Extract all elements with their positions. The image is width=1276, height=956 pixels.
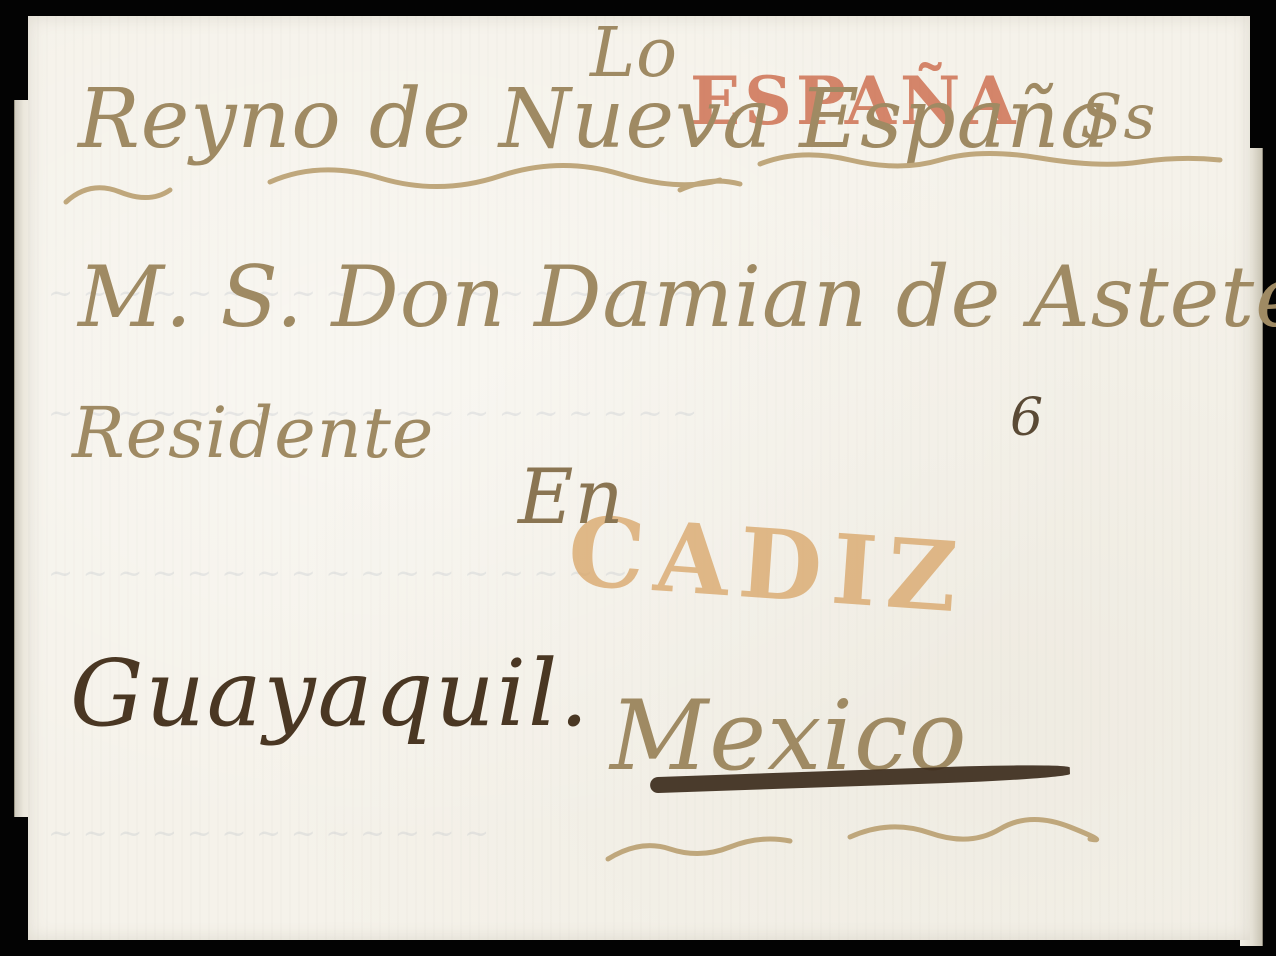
manuscript-line-3: Residente bbox=[72, 392, 434, 474]
residente-text: Residente bbox=[72, 392, 434, 474]
rate-mark-text: 6 bbox=[1010, 388, 1044, 448]
manuscript-overwrite: Lo bbox=[590, 14, 678, 93]
flourish-underline-1 bbox=[60, 150, 1240, 220]
en-text: En bbox=[518, 452, 624, 541]
photograph: ~ ~ ~ ~ ~ ~ ~ ~ ~ ~ ~ ~ ~ ~ ~ ~ ~ ~ ~ ~ … bbox=[0, 0, 1276, 956]
origin-text: Guayaquil. bbox=[70, 640, 591, 747]
origin-guayaquil: Guayaquil. bbox=[70, 640, 591, 747]
rate-mark: 6 bbox=[1010, 388, 1044, 448]
flourish-underline-2 bbox=[600, 815, 1120, 875]
manuscript-line-2: M. S. Don Damian de Astete Sra bbox=[78, 248, 1276, 346]
manuscript-en: En bbox=[518, 452, 624, 541]
addressee-text: M. S. Don Damian de Astete Sra bbox=[78, 248, 1276, 346]
overwrite-text: Lo bbox=[590, 14, 678, 93]
tail-text: Ss bbox=[1080, 80, 1156, 153]
show-through-text: ~ ~ ~ ~ ~ ~ ~ ~ ~ ~ ~ ~ ~ ~ ~ ~ ~ bbox=[48, 556, 628, 591]
show-through-text: ~ ~ ~ ~ ~ ~ ~ ~ ~ ~ ~ ~ ~ bbox=[48, 816, 489, 851]
manuscript-tail: Ss bbox=[1080, 80, 1156, 153]
